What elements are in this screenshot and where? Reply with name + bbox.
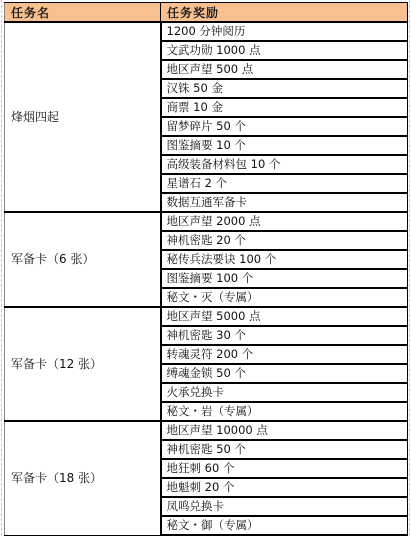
reward-cell: 凤鸣兑换卡 xyxy=(161,497,408,516)
reward-cell: 地区声望 10000 点 xyxy=(161,421,408,440)
table-header-row: 任务名 任务奖励 xyxy=(5,3,408,23)
reward-cell: 缚魂金锁 50 个 xyxy=(161,364,408,383)
reward-cell: 地魁刺 20 个 xyxy=(161,478,408,497)
reward-cell: 留梦碎片 50 个 xyxy=(161,117,408,136)
reward-cell: 地区声望 500 点 xyxy=(161,60,408,79)
reward-cell: 地区声望 2000 点 xyxy=(161,212,408,231)
reward-cell: 秘传兵法要诀 100 个 xyxy=(161,250,408,269)
reward-cell: 神机密匙 20 个 xyxy=(161,231,408,250)
reward-cell: 星谱石 2 个 xyxy=(161,174,408,193)
reward-cell: 高级装备材料包 10 个 xyxy=(161,155,408,174)
reward-cell: 火承兑换卡 xyxy=(161,383,408,402)
header-task-name: 任务名 xyxy=(5,3,161,23)
reward-cell: 神机密匙 50 个 xyxy=(161,440,408,459)
reward-cell: 1200 分钟阅历 xyxy=(161,22,408,41)
table-row: 军备卡（18 张） 地区声望 10000 点 xyxy=(5,421,408,440)
reward-cell: 数据互通军备卡 xyxy=(161,193,408,212)
reward-cell: 神机密匙 30 个 xyxy=(161,326,408,345)
header-task-reward: 任务奖励 xyxy=(161,3,408,23)
task-name-cell: 军备卡（12 张） xyxy=(5,307,161,421)
table-row: 军备卡（6 张） 地区声望 2000 点 xyxy=(5,212,408,231)
table-row: 军备卡（12 张） 地区声望 5000 点 xyxy=(5,307,408,326)
reward-cell: 图鉴摘要 10 个 xyxy=(161,136,408,155)
reward-cell: 商票 10 金 xyxy=(161,98,408,117)
reward-cell: 地区声望 5000 点 xyxy=(161,307,408,326)
reward-cell: 图鉴摘要 100 个 xyxy=(161,269,408,288)
task-name-cell: 军备卡（6 张） xyxy=(5,212,161,307)
task-name-cell: 烽烟四起 xyxy=(5,22,161,212)
task-rewards-table: 任务名 任务奖励 烽烟四起 1200 分钟阅历 文武功勋 1000 点 地区声望… xyxy=(4,2,408,536)
reward-cell: 转魂灵符 200 个 xyxy=(161,345,408,364)
reward-cell: 地狂刺 60 个 xyxy=(161,459,408,478)
table-row: 烽烟四起 1200 分钟阅历 xyxy=(5,22,408,41)
reward-cell: 秘文・御（专属） xyxy=(161,516,408,535)
reward-cell: 文武功勋 1000 点 xyxy=(161,41,408,60)
reward-cell: 秘文・岩（专属） xyxy=(161,402,408,421)
reward-cell: 汉铢 50 金 xyxy=(161,79,408,98)
page-edge-left xyxy=(1,0,2,536)
reward-cell: 秘文・灭（专属） xyxy=(161,288,408,307)
task-name-cell: 军备卡（18 张） xyxy=(5,421,161,535)
page-edge-right xyxy=(409,0,410,536)
